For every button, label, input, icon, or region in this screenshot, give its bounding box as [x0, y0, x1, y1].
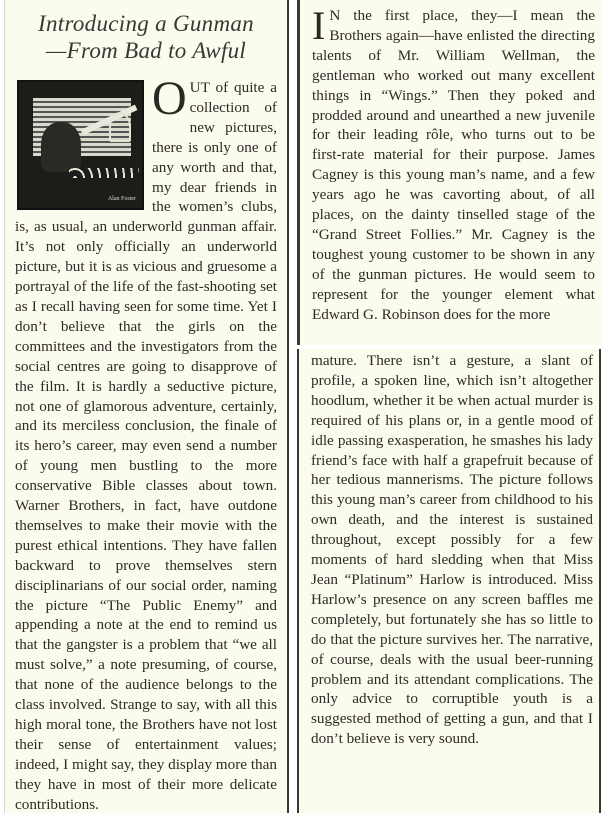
- theatre-seats: [69, 168, 139, 178]
- left-column-text: Alan Foster OUT of quite a collection of…: [5, 78, 287, 813]
- audience-silhouette: [41, 122, 81, 172]
- right-column-top: IN the first place, they—I mean the Brot…: [297, 0, 601, 345]
- woodcut-illustration: Alan Foster: [17, 80, 144, 210]
- paragraph-text: the first place, they—I mean the Brother…: [312, 7, 595, 323]
- opening-small-caps: N: [329, 7, 340, 24]
- opening-small-caps: UT: [190, 79, 210, 96]
- artist-signature: Alan Foster: [108, 196, 136, 202]
- drop-cap: I: [312, 9, 325, 43]
- screen-figure: [109, 112, 131, 142]
- drop-cap: O: [152, 80, 187, 118]
- right-column-bottom: mature. There isn’t a gesture, a slant o…: [297, 349, 601, 813]
- article-title: Introducing a Gunman —From Bad to Awful: [5, 10, 287, 64]
- title-line-1: Introducing a Gunman: [5, 10, 287, 37]
- right-column-top-text: IN the first place, they—I mean the Brot…: [300, 0, 601, 325]
- title-line-2: —From Bad to Awful: [5, 37, 287, 64]
- paragraph-text: mature. There isn’t a gesture, a slant o…: [311, 352, 593, 747]
- right-column-bottom-text: mature. There isn’t a gesture, a slant o…: [299, 349, 599, 749]
- left-column: Introducing a Gunman —From Bad to Awful …: [4, 0, 289, 813]
